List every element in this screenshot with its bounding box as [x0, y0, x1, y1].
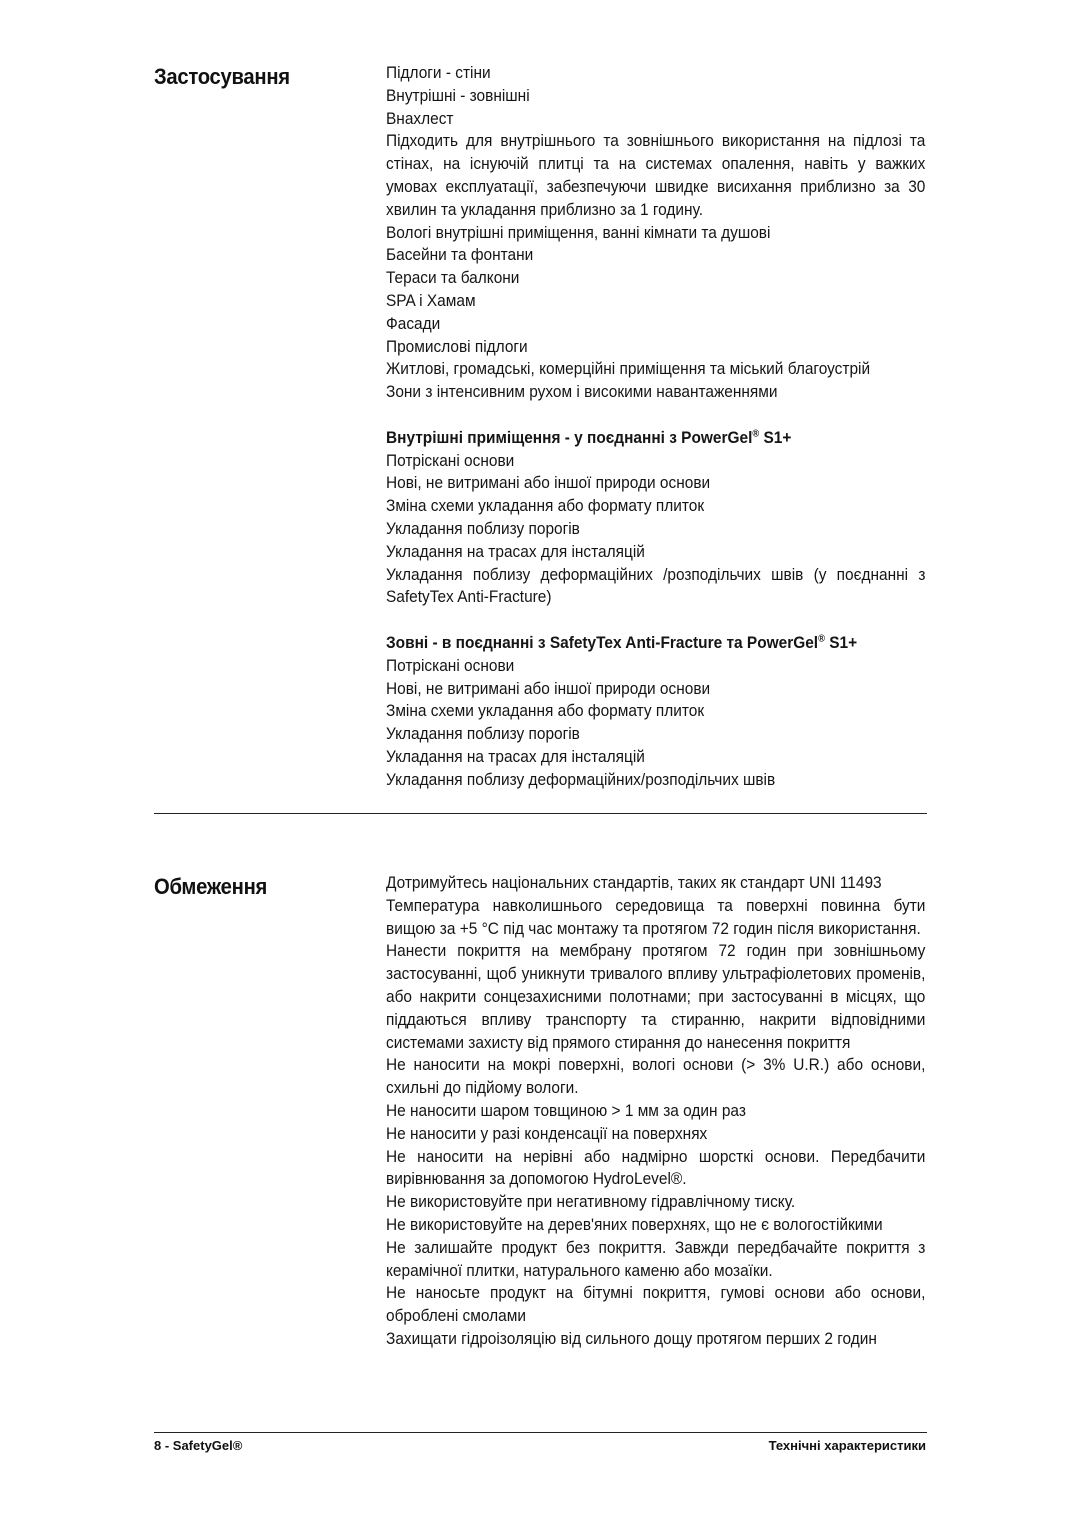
list-item: Нові, не витримані або іншої природи осн… [386, 678, 888, 701]
list-item: Житлові, громадські, комерційні приміщен… [386, 358, 888, 381]
application-content: Підлоги - стіни Внутрішні - зовнішні Вна… [386, 62, 926, 792]
limitation-item: Нанести покриття на мембрану протягом 72… [386, 940, 925, 1054]
list-item: Вологі внутрішні приміщення, ванні кімна… [386, 222, 888, 245]
limitation-item: Не наносьте продукт на бітумні покриття,… [386, 1282, 925, 1328]
list-item: Укладання на трасах для інсталяцій [386, 541, 888, 564]
limitations-content: Дотримуйтесь національних стандартів, та… [386, 872, 926, 1351]
section-title-application: Застосування [154, 64, 290, 90]
limitation-item: Дотримуйтесь національних стандартів, та… [386, 872, 888, 895]
list-item: Потріскані основи [386, 450, 888, 473]
footer-divider [154, 1432, 927, 1433]
section-divider [154, 813, 927, 814]
limitation-item: Захищати гідроізоляцію від сильного дощу… [386, 1328, 888, 1351]
intro-line: Підлоги - стіни [386, 62, 888, 85]
limitation-item: Температура навколишнього середовища та … [386, 895, 925, 941]
list-item: Тераси та балкони [386, 267, 888, 290]
limitation-item: Не використовуйте при негативному гідрав… [386, 1191, 888, 1214]
limitation-item: Не наносити на мокрі поверхні, вологі ос… [386, 1054, 925, 1100]
subsection-heading-interior: Внутрішні приміщення - у поєднанні з Pow… [386, 427, 888, 450]
limitation-item: Не наносити на нерівні або надмірно шорс… [386, 1146, 925, 1192]
list-item: Укладання поблизу порогів [386, 518, 888, 541]
limitation-item: Не використовуйте на дерев'яних поверхня… [386, 1214, 888, 1237]
list-item: Зони з інтенсивним рухом і високими нава… [386, 381, 888, 404]
list-item: Нові, не витримані або іншої природи осн… [386, 472, 888, 495]
list-item: Потріскані основи [386, 655, 888, 678]
subsection-heading-exterior: Зовні - в поєднанні з SafetyTex Anti-Fra… [386, 632, 888, 655]
limitation-item: Не наносити шаром товщиною > 1 мм за оди… [386, 1100, 888, 1123]
list-item: Укладання поблизу порогів [386, 723, 888, 746]
list-item: Зміна схеми укладання або формату плиток [386, 495, 888, 518]
intro-line: Внутрішні - зовнішні [386, 85, 888, 108]
list-item: Укладання на трасах для інсталяцій [386, 746, 888, 769]
footer-document-title: Технічні характеристики [769, 1438, 926, 1453]
list-item: Укладання поблизу деформаційних/розподіл… [386, 769, 888, 792]
limitation-item: Не залишайте продукт без покриття. Завжд… [386, 1237, 925, 1283]
list-item: Зміна схеми укладання або формату плиток [386, 700, 888, 723]
footer-page-label: 8 - SafetyGel® [154, 1438, 242, 1453]
list-item: SPA і Хамам [386, 290, 888, 313]
list-item: Укладання поблизу деформаційних /розподі… [386, 564, 925, 610]
list-item: Промислові підлоги [386, 336, 888, 359]
limitation-item: Не наносити у разі конденсації на поверх… [386, 1123, 888, 1146]
intro-paragraph: Підходить для внутрішнього та зовнішньог… [386, 130, 925, 221]
list-item: Фасади [386, 313, 888, 336]
section-title-limitations: Обмеження [154, 874, 267, 900]
list-item: Басейни та фонтани [386, 244, 888, 267]
intro-line: Внахлест [386, 108, 888, 131]
